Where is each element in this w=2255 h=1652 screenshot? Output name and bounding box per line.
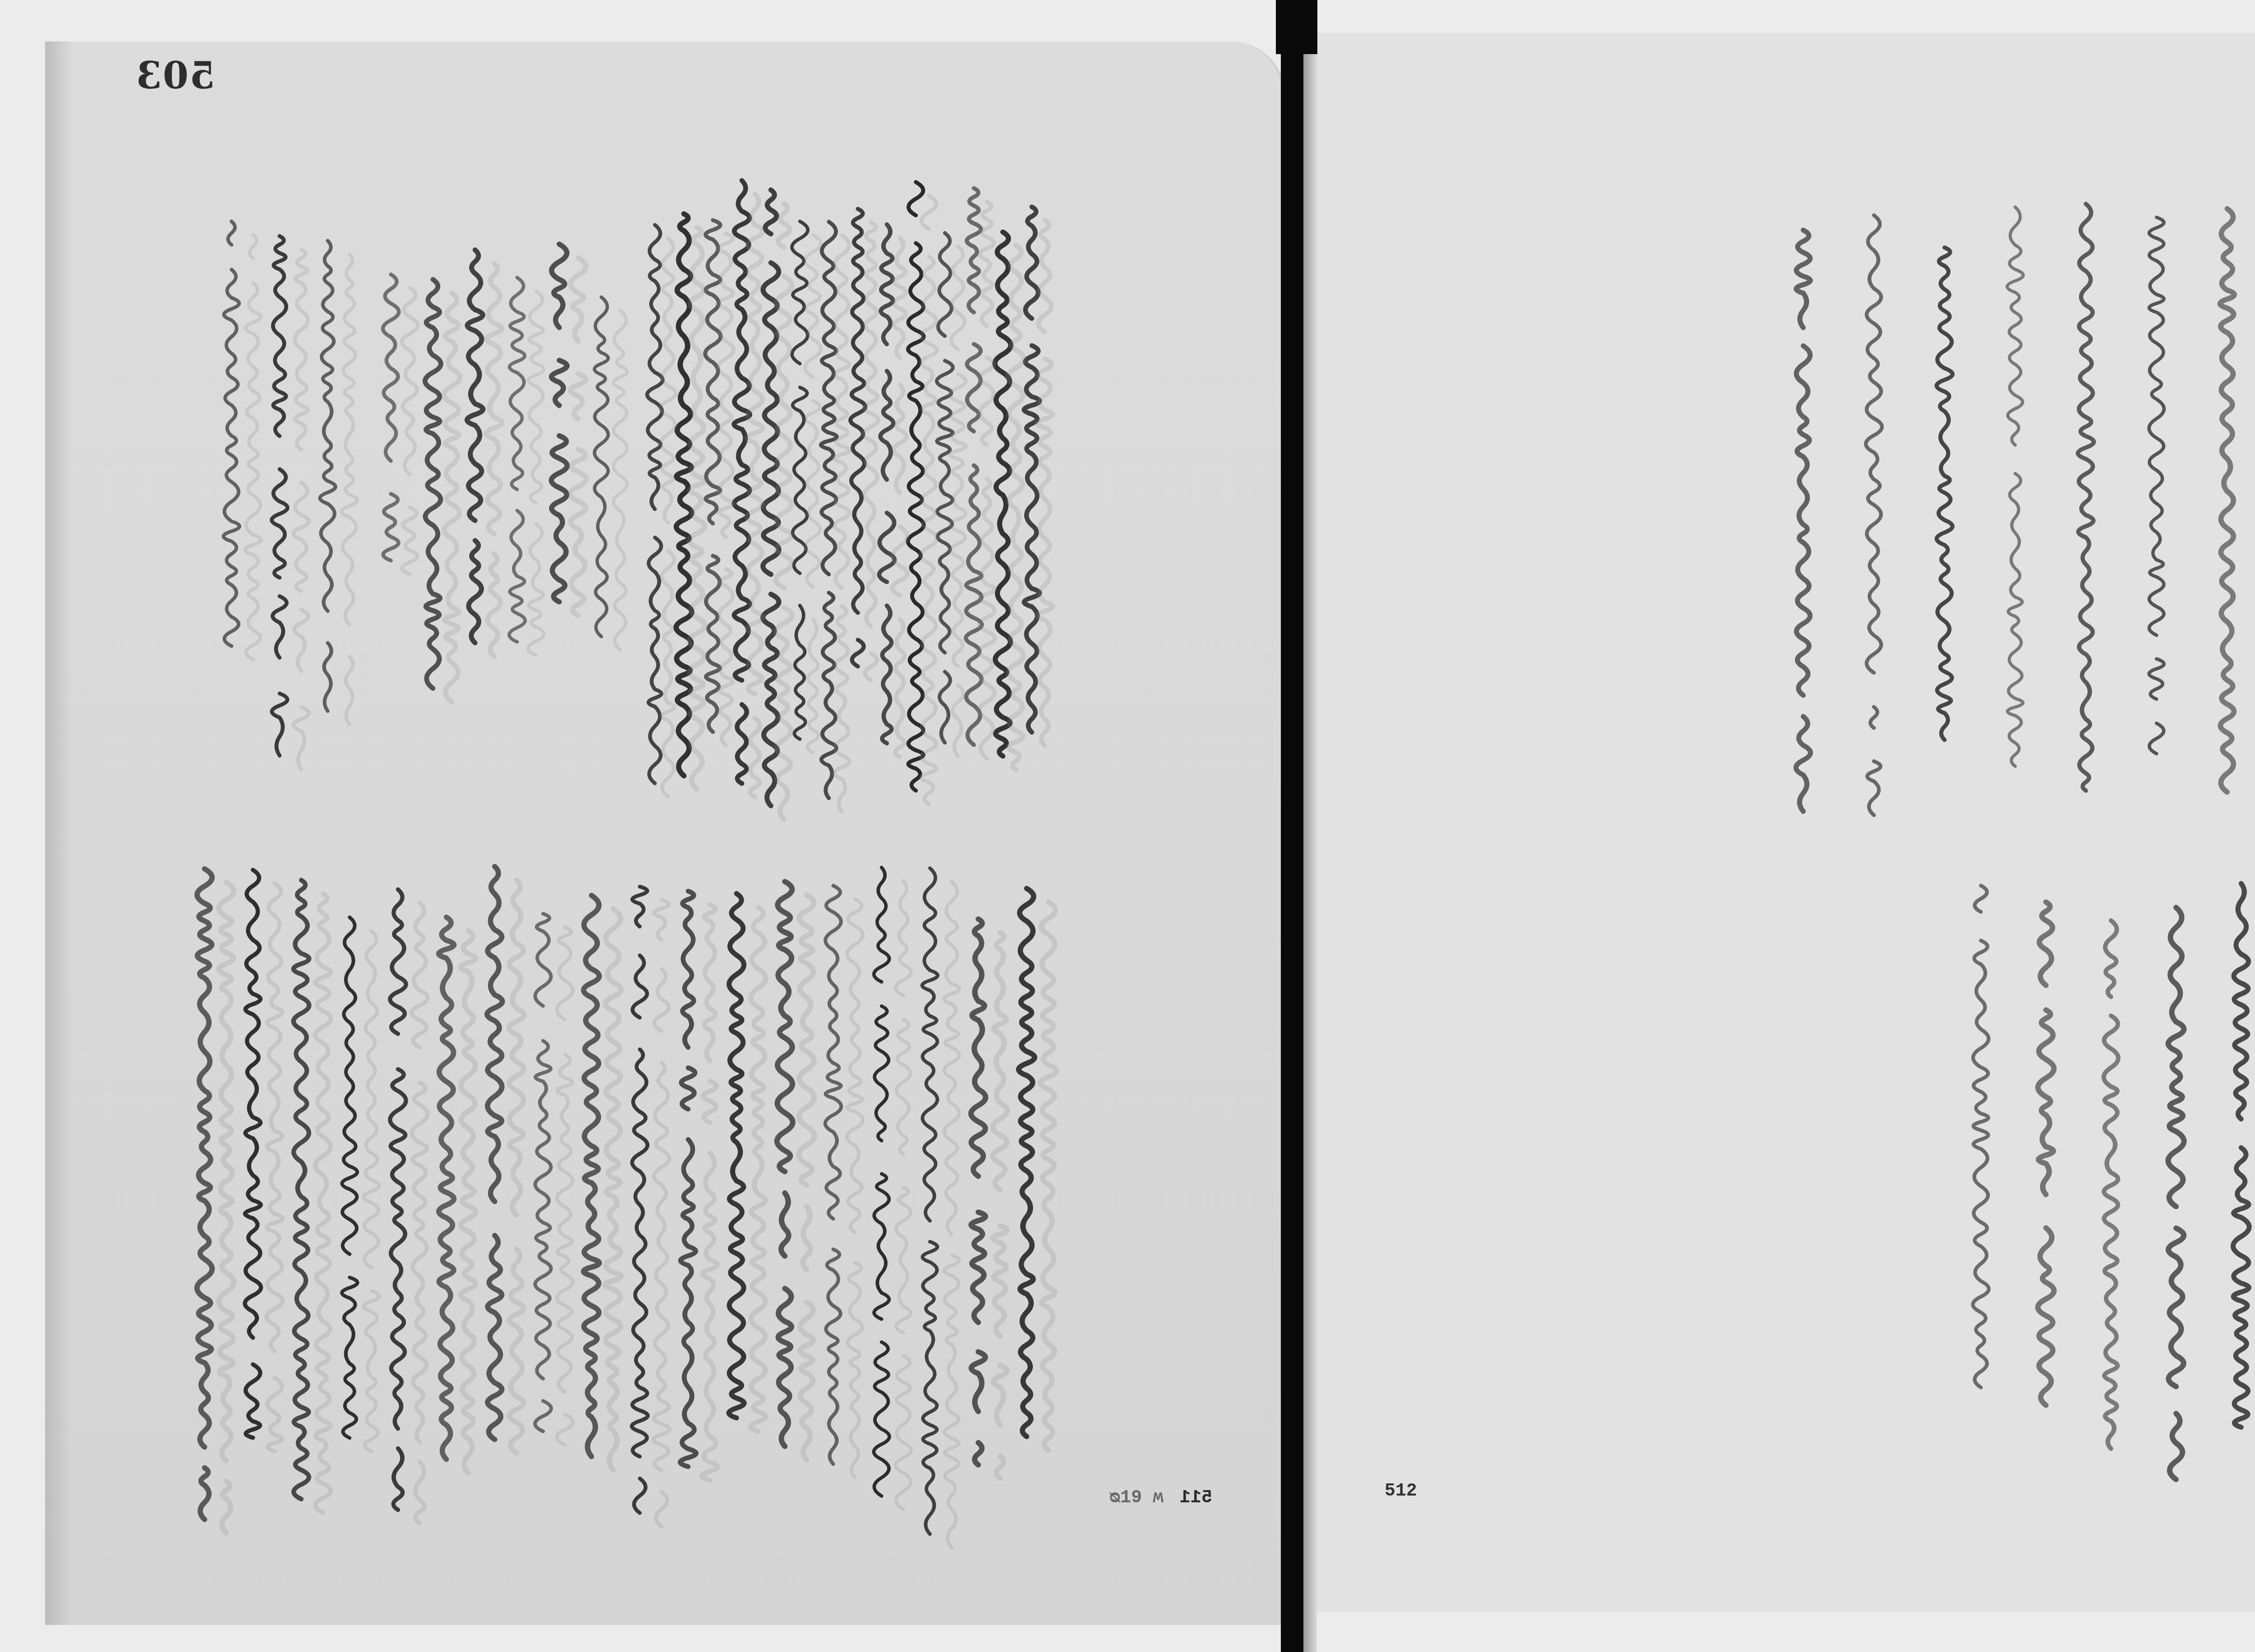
left-page-number: 503 bbox=[135, 54, 215, 97]
left-stamp-faint: ᴓ19 ʍ bbox=[1109, 1488, 1164, 1508]
book-binding-gutter bbox=[1281, 0, 1303, 1652]
left-page bbox=[45, 41, 1285, 1625]
left-page-stamp: ᴓ19 ʍ511 bbox=[1109, 1488, 1212, 1508]
right-page bbox=[1308, 32, 2255, 1612]
gutter-shadow bbox=[1303, 54, 1317, 1652]
left-stamp-number: 511 bbox=[1180, 1488, 1212, 1508]
right-page-stamp: 512 bbox=[1385, 1481, 1417, 1501]
